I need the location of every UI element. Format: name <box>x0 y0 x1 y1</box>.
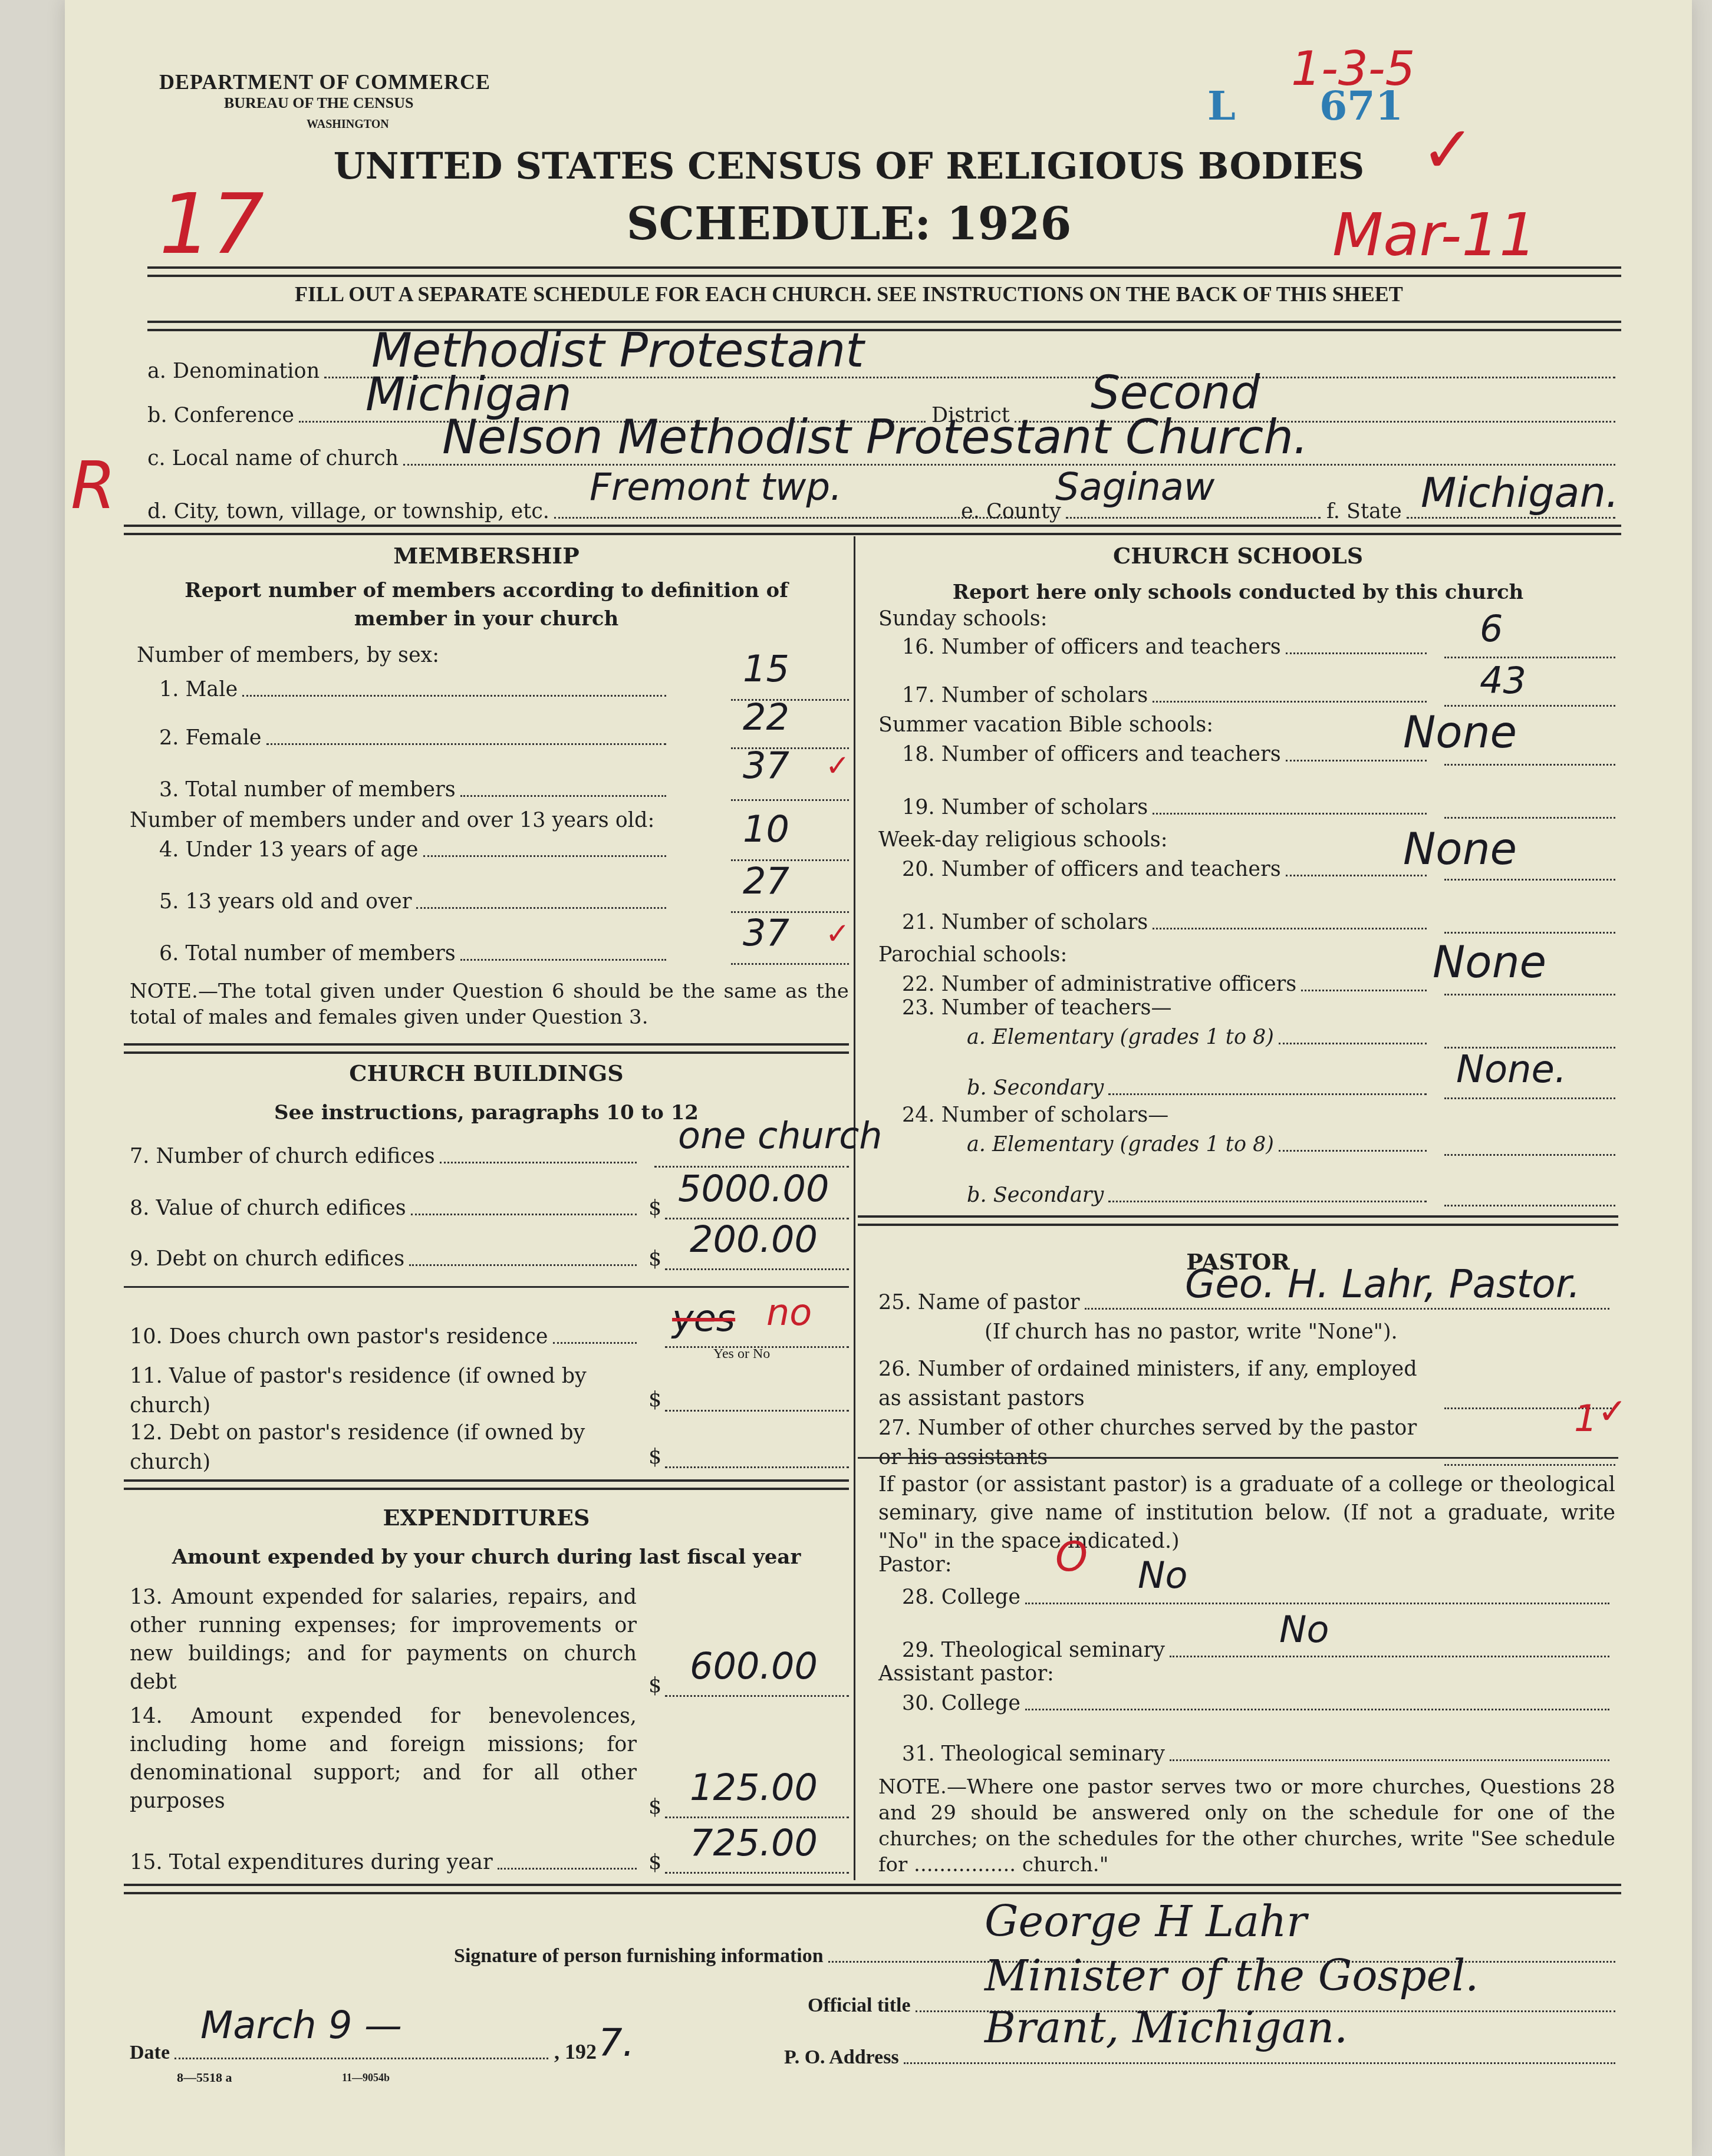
year-prefix: , 192 <box>554 2039 597 2064</box>
membership-divider <box>124 1043 849 1054</box>
identification-divider <box>124 525 1621 535</box>
school-row-22: 22. Number of administrative officers <box>902 967 1433 996</box>
dollar-sign: $ <box>648 1674 661 1697</box>
annotation-date-mark: Mar-11 <box>1332 200 1537 269</box>
denomination-label: a. Denomination <box>147 360 320 383</box>
school-19-field[interactable] <box>1444 817 1615 819</box>
pastor-residence-row: 10. Does church own pastor's residence <box>130 1319 643 1349</box>
school-24-label: 24. Number of scholars— <box>902 1103 1168 1127</box>
college-value: No <box>1138 1554 1187 1597</box>
edifices-count-row: 7. Number of church edifices <box>130 1139 643 1168</box>
form-code: 8—5518 a <box>177 2070 232 2085</box>
form-title: UNITED STATES CENSUS OF RELIGIOUS BODIES <box>65 144 1633 187</box>
po-address-field[interactable] <box>904 2062 1615 2064</box>
total-expenditures-label: 15. Total expenditures during year <box>130 1851 493 1874</box>
signature-value: George H Lahr <box>985 1897 1307 1946</box>
pastor-note: NOTE.—Where one pastor serves two or mor… <box>878 1774 1615 1878</box>
check-mark-icon: ✓ <box>1598 1391 1627 1432</box>
membership-row-under-13: 4. Under 13 years of age <box>159 832 672 862</box>
edifices-value-label: 8. Value of church edifices <box>130 1196 406 1220</box>
expenditures-subtitle: Amount expended by your church during la… <box>124 1545 849 1569</box>
under-13-value: 10 <box>743 807 789 850</box>
school-19-label: 19. Number of scholars <box>902 796 1148 819</box>
school-17-field[interactable] <box>1444 705 1615 707</box>
total-expenditures-value: 725.00 <box>690 1821 818 1864</box>
official-title-value: Minister of the Gospel. <box>985 1951 1479 2000</box>
school-row-16: 16. Number of officers and teachers <box>902 629 1433 659</box>
buildings-title: CHURCH BUILDINGS <box>124 1060 849 1086</box>
total-members-field[interactable] <box>731 799 849 801</box>
pastor-subhead: Pastor: <box>878 1553 952 1577</box>
running-expenses-field[interactable] <box>665 1695 849 1697</box>
seminary-label: 29. Theological seminary <box>902 1639 1165 1662</box>
school-23b-field[interactable] <box>1444 1097 1615 1099</box>
running-expenses-value: 600.00 <box>690 1644 818 1687</box>
edifices-debt-label: 9. Debt on church edifices <box>130 1247 404 1271</box>
other-churches-label: 27. Number of other churches served by t… <box>878 1413 1438 1472</box>
banner-divider <box>147 321 1621 331</box>
assistant-college-label: 30. College <box>902 1692 1020 1715</box>
year-suffix: 7. <box>598 2022 634 2065</box>
running-expenses-label: 13. Amount expended for salaries, repair… <box>130 1583 637 1696</box>
pastor-divider <box>858 1457 1618 1459</box>
residence-value-field[interactable] <box>665 1410 849 1412</box>
expenditures-title: EXPENDITURES <box>124 1504 849 1531</box>
school-17-label: 17. Number of scholars <box>902 684 1148 707</box>
po-address-value: Brant, Michigan. <box>985 2003 1348 2052</box>
school-row-23b: b. Secondary <box>967 1070 1433 1100</box>
header-divider <box>147 266 1621 277</box>
county-field[interactable] <box>1066 517 1321 519</box>
male-value: 15 <box>743 647 789 690</box>
membership-row-female: 2. Female <box>159 720 672 750</box>
total-expenditures-row: 15. Total expenditures during year <box>130 1845 643 1874</box>
buildings-divider <box>124 1286 849 1288</box>
membership-row-total-2: 6. Total number of members <box>159 936 672 965</box>
residence-value-label: 11. Value of pastor's residence (if owne… <box>130 1361 648 1420</box>
school-18-field[interactable] <box>1444 764 1615 766</box>
school-24a-field[interactable] <box>1444 1154 1615 1156</box>
school-24b-label: b. Secondary <box>967 1184 1104 1207</box>
school-16-field[interactable] <box>1444 657 1615 658</box>
school-17-value: 43 <box>1480 659 1526 702</box>
school-23a-label: a. Elementary (grades 1 to 8) <box>967 1026 1274 1049</box>
check-mark-icon: ✓ <box>825 917 850 951</box>
college-field[interactable] <box>1025 1603 1609 1604</box>
membership-subtitle: Report number of members according to de… <box>183 576 790 633</box>
state-value: Michigan. <box>1421 469 1619 517</box>
state-label: f. State <box>1326 500 1402 523</box>
school-row-21: 21. Number of scholars <box>902 905 1433 934</box>
other-churches-field[interactable] <box>1444 1464 1615 1466</box>
schools-divider <box>858 1215 1618 1226</box>
total-members-2-field[interactable] <box>731 963 849 965</box>
instruction-banner: FILL OUT A SEPARATE SCHEDULE FOR EACH CH… <box>65 282 1633 306</box>
pastor-name-value: Geo. H. Lahr, Pastor. <box>1185 1261 1581 1307</box>
signature-label: Signature of person furnishing informati… <box>454 1945 824 1967</box>
school-22-field[interactable] <box>1444 994 1615 995</box>
graduate-instructions: If pastor (or assistant pastor) is a gra… <box>878 1471 1615 1555</box>
school-row-17: 17. Number of scholars <box>902 678 1433 707</box>
school-23-label: 23. Number of teachers— <box>902 996 1171 1020</box>
pastor-name-hint: (If church has no pastor, write "None"). <box>985 1320 1398 1344</box>
female-value: 22 <box>743 695 789 739</box>
school-row-24a: a. Elementary (grades 1 to 8) <box>967 1127 1433 1156</box>
annotation-code: 1-3-5 <box>1291 41 1415 96</box>
total-members-label: 3. Total number of members <box>159 778 456 802</box>
male-label: 1. Male <box>159 678 238 701</box>
pastor-residence-value: yes <box>672 1297 735 1340</box>
school-24a-label: a. Elementary (grades 1 to 8) <box>967 1133 1274 1156</box>
edifices-count-value: one church <box>678 1114 883 1157</box>
po-address-label: P. O. Address <box>784 2046 899 2069</box>
date-label: Date <box>130 2042 170 2064</box>
dollar-sign: $ <box>648 1247 661 1271</box>
school-20-label: 20. Number of officers and teachers <box>902 858 1281 881</box>
summer-schools-label: Summer vacation Bible schools: <box>878 713 1213 737</box>
school-23b-label: b. Secondary <box>967 1076 1104 1100</box>
school-20-value: None <box>1403 824 1517 875</box>
sunday-schools-label: Sunday schools: <box>878 607 1047 631</box>
other-churches-value: 1 <box>1574 1397 1597 1440</box>
pastor-residence-correction: no <box>766 1291 812 1334</box>
annotation-margin-letter: R <box>71 448 116 523</box>
annotation-left-number: 17 <box>159 177 264 273</box>
city-value: Fremont twp. <box>590 466 842 509</box>
college-label: 28. College <box>902 1585 1020 1609</box>
assistant-seminary-row: 31. Theological seminary <box>902 1736 1615 1766</box>
dollar-sign: $ <box>648 1851 661 1874</box>
membership-row-total: 3. Total number of members <box>159 772 672 802</box>
school-row-24b: b. Secondary <box>967 1178 1433 1207</box>
seminary-value: No <box>1279 1608 1329 1651</box>
membership-row-13-and-over: 5. 13 years old and over <box>159 884 672 914</box>
check-mark-icon: ✓ <box>825 749 850 783</box>
school-22-value: None <box>1433 937 1546 988</box>
school-21-field[interactable] <box>1444 932 1615 934</box>
benevolences-value: 125.00 <box>690 1766 818 1809</box>
school-row-19: 19. Number of scholars <box>902 790 1433 819</box>
parochial-schools-label: Parochial schools: <box>878 943 1067 967</box>
pastor-name-field[interactable] <box>1085 1308 1609 1310</box>
over-13-label: 5. 13 years old and over <box>159 890 411 914</box>
total-members-2-value: 37 <box>743 911 789 954</box>
county-label: e. County <box>961 500 1061 523</box>
stamp-prefix: L <box>1207 83 1236 130</box>
members-by-sex-label: Number of members, by sex: <box>137 644 439 667</box>
local-name-label: c. Local name of church <box>147 447 399 470</box>
school-18-value: None <box>1403 707 1517 758</box>
pastor-residence-label: 10. Does church own pastor's residence <box>130 1325 548 1349</box>
conference-label: b. Conference <box>147 404 294 427</box>
red-circle-mark: O <box>1055 1532 1088 1581</box>
school-21-label: 21. Number of scholars <box>902 911 1148 934</box>
edifices-count-label: 7. Number of church edifices <box>130 1145 435 1168</box>
assistant-college-row: 30. College <box>902 1686 1615 1715</box>
date-value: March 9 — <box>200 2004 402 2048</box>
census-schedule-sheet: DEPARTMENT OF COMMERCE BUREAU OF THE CEN… <box>65 0 1692 2156</box>
college-row: 28. College <box>902 1580 1615 1609</box>
female-label: 2. Female <box>159 726 262 750</box>
school-20-field[interactable] <box>1444 879 1615 881</box>
edifices-value-row: 8. Value of church edifices <box>130 1191 643 1220</box>
school-row-18: 18. Number of officers and teachers <box>902 737 1433 766</box>
yes-or-no-hint: Yes or No <box>713 1346 770 1362</box>
assistant-college-field[interactable] <box>1025 1709 1609 1710</box>
school-22-label: 22. Number of administrative officers <box>902 972 1296 996</box>
dollar-sign: $ <box>648 1795 661 1819</box>
total-members-value: 37 <box>743 744 789 787</box>
edifices-debt-row: 9. Debt on church edifices <box>130 1241 643 1271</box>
school-18-label: 18. Number of officers and teachers <box>902 743 1281 766</box>
weekday-schools-label: Week-day religious schools: <box>878 828 1167 852</box>
edifices-debt-field[interactable] <box>665 1268 849 1270</box>
school-row-20: 20. Number of officers and teachers <box>902 852 1433 881</box>
seminary-field[interactable] <box>1170 1656 1609 1657</box>
county-value: Saginaw <box>1055 466 1214 509</box>
dollar-sign: $ <box>648 1388 661 1412</box>
benevolences-field[interactable] <box>665 1817 849 1818</box>
print-code: 11—9054b <box>342 2072 390 2084</box>
bureau-name: BUREAU OF THE CENSUS <box>224 94 413 112</box>
under-13-label: 4. Under 13 years of age <box>159 838 419 862</box>
dollar-sign: $ <box>648 1445 661 1469</box>
schools-title: CHURCH SCHOOLS <box>858 542 1618 569</box>
assistant-seminary-label: 31. Theological seminary <box>902 1742 1165 1766</box>
benevolences-label: 14. Amount expended for benevolences, in… <box>130 1702 637 1815</box>
assistant-ministers-label: 26. Number of ordained ministers, if any… <box>878 1354 1438 1413</box>
school-row-23a: a. Elementary (grades 1 to 8) <box>967 1020 1433 1049</box>
city-name: WASHINGTON <box>307 118 389 131</box>
column-divider <box>854 536 855 1880</box>
total-expenditures-field[interactable] <box>665 1872 849 1874</box>
official-title-label: Official title <box>808 1995 911 2017</box>
membership-note: NOTE.—The total given under Question 6 s… <box>130 978 849 1030</box>
schools-subtitle: Report here only schools conducted by th… <box>858 581 1618 604</box>
residence-divider <box>124 1479 849 1490</box>
residence-debt-field[interactable] <box>665 1466 849 1468</box>
assistant-pastor-subhead: Assistant pastor: <box>878 1662 1054 1686</box>
residence-debt-label: 12. Debt on pastor's residence (if owned… <box>130 1418 648 1477</box>
edifices-value-value: 5000.00 <box>678 1167 829 1210</box>
pastor-name-label: 25. Name of pastor <box>878 1291 1080 1314</box>
dollar-sign: $ <box>648 1196 661 1220</box>
date-field[interactable] <box>175 2058 548 2059</box>
signature-divider <box>124 1884 1621 1894</box>
edifices-debt-value: 200.00 <box>690 1218 818 1261</box>
total-members-2-label: 6. Total number of members <box>159 942 456 965</box>
members-by-age-label: Number of members under and over 13 year… <box>130 809 654 832</box>
membership-title: MEMBERSHIP <box>124 542 849 569</box>
school-16-label: 16. Number of officers and teachers <box>902 635 1281 659</box>
membership-row-male: 1. Male <box>159 672 672 701</box>
city-label: d. City, town, village, or township, etc… <box>147 500 549 523</box>
state-field[interactable] <box>1407 517 1615 519</box>
department-name: DEPARTMENT OF COMMERCE <box>159 70 490 94</box>
over-13-value: 27 <box>743 859 789 902</box>
assistant-seminary-field[interactable] <box>1170 1759 1609 1761</box>
seminary-row: 29. Theological seminary <box>902 1633 1615 1662</box>
school-24b-field[interactable] <box>1444 1205 1615 1206</box>
school-23b-value: None. <box>1456 1048 1566 1092</box>
local-name-value: Nelson Methodist Protestant Church. <box>442 410 1308 464</box>
school-16-value: 6 <box>1480 607 1503 650</box>
